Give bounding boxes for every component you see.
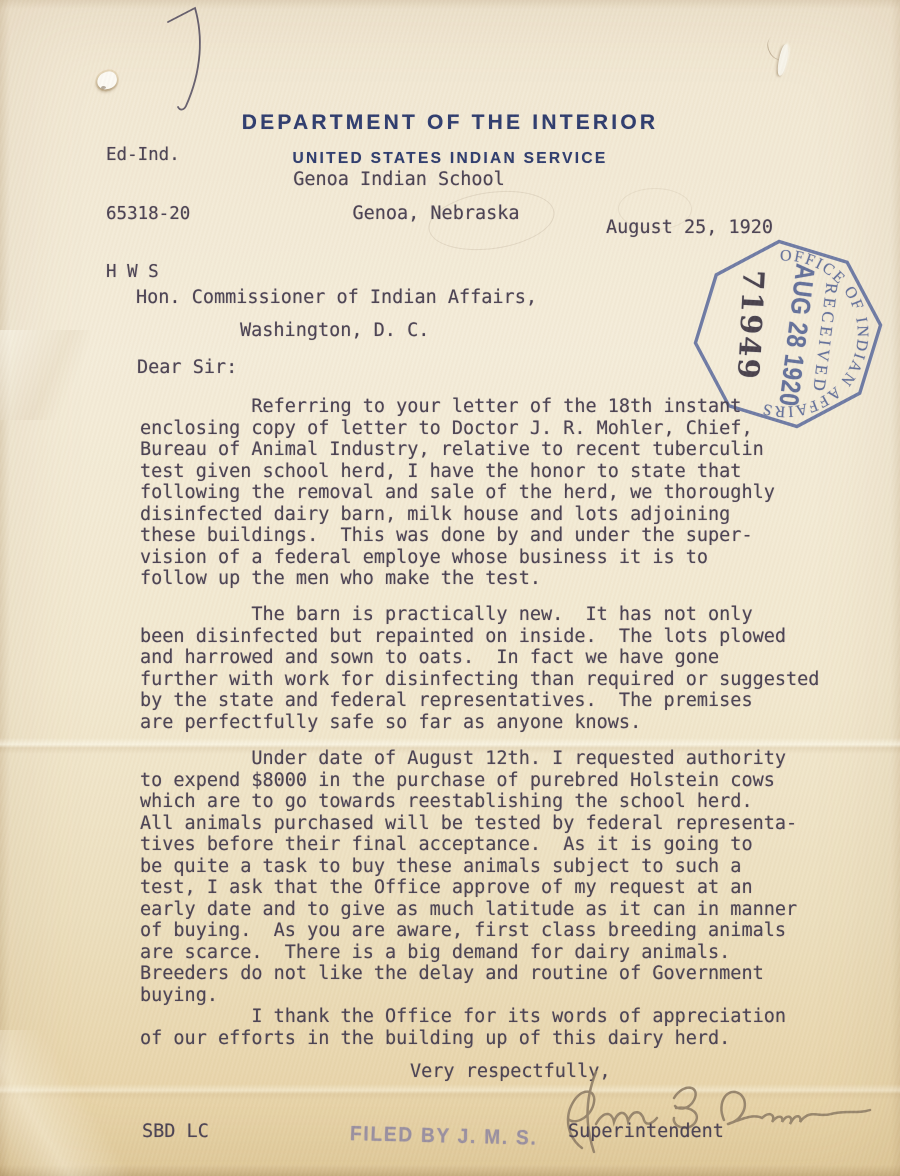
letterhead-service: UNITED STATES INDIAN SERVICE	[0, 150, 900, 168]
paper-hole	[95, 70, 119, 92]
paper-edge-top	[0, 0, 900, 9]
body-paragraph-4: I thank the Office for its words of appr…	[140, 1006, 786, 1049]
paper-crease-left	[0, 330, 90, 420]
footer-initials: SBD LC	[142, 1121, 209, 1143]
letter-page: Ed-Ind. 65318-20 H W S DEPARTMENT OF THE…	[0, 0, 900, 1176]
body-paragraph-1: Referring to your letter of the 18th ins…	[140, 396, 775, 590]
paper-crease-bottom-left	[0, 1030, 300, 1176]
letterhead-department: DEPARTMENT OF THE INTERIOR	[0, 111, 900, 135]
signer-title: Superintendent	[568, 1121, 724, 1143]
salutation: Dear Sir:	[137, 357, 237, 379]
body-paragraph-2: The barn is practically new. It has not …	[140, 604, 819, 733]
paper-edge-bottom	[0, 1165, 900, 1176]
pen-checkmark	[148, 0, 218, 118]
body-paragraph-3: Under date of August 12th. I requested a…	[140, 748, 797, 1006]
paper-hole-speck	[101, 86, 106, 89]
paper-edge-right	[891, 0, 900, 1176]
stamp-number: 71949	[731, 269, 771, 382]
file-reference-line3: H W S	[106, 263, 190, 283]
filed-stamp: FILED BY J. M. S.	[350, 1123, 538, 1151]
recipient-line1: Hon. Commissioner of Indian Affairs,	[136, 287, 537, 309]
letterhead-school: Genoa Indian School	[0, 169, 849, 191]
signature	[538, 1068, 883, 1156]
recipient-line2: Washington, D. C.	[240, 320, 429, 342]
